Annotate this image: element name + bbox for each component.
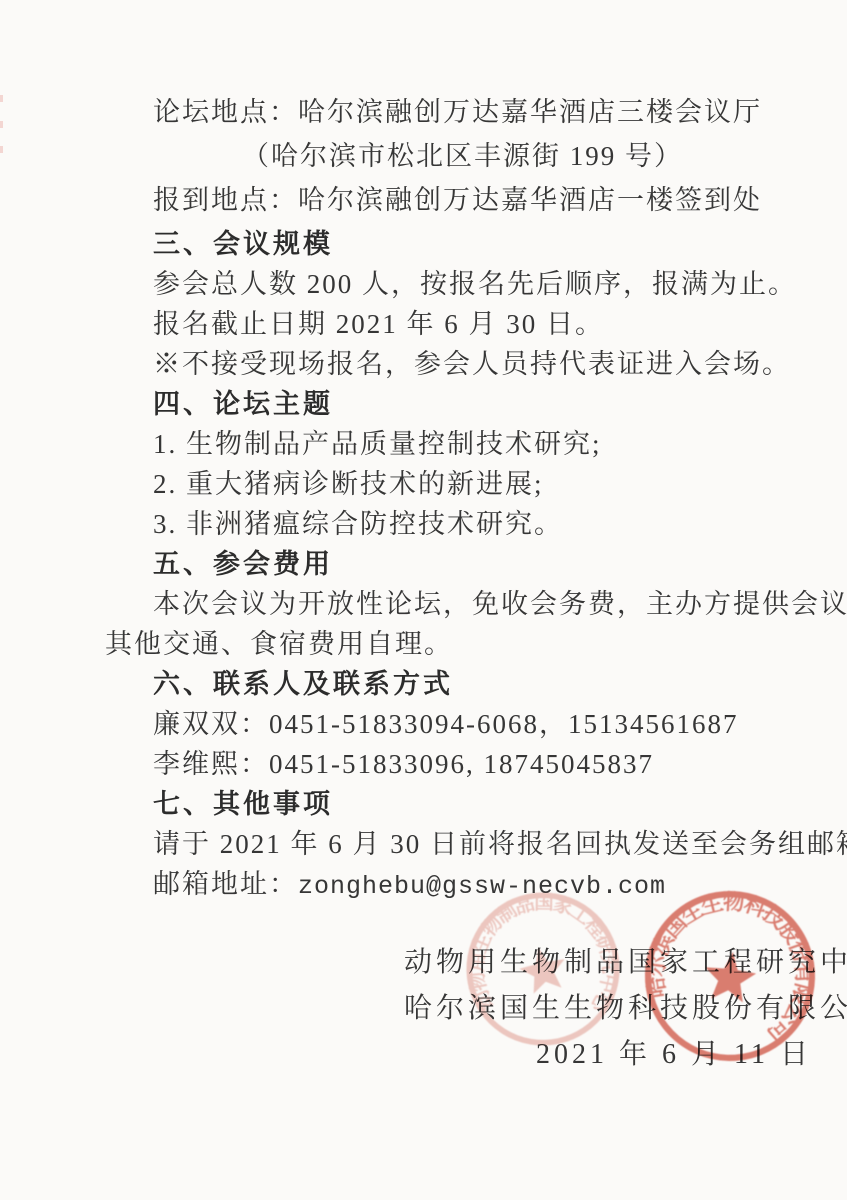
deadline-line: 报名截止日期 2021 年 6 月 30 日。 — [105, 304, 785, 344]
section-5-heading: 五、参会费用 — [105, 544, 785, 584]
fee-line-2: 其他交通、食宿费用自理。 — [105, 624, 785, 664]
topic-item-3: 3. 非洲猪瘟综合防控技术研究。 — [105, 504, 785, 544]
section-6-heading: 六、联系人及联系方式 — [105, 664, 785, 704]
section-3-heading: 三、会议规模 — [105, 224, 785, 264]
email-label: 邮箱地址： — [153, 869, 298, 899]
checkin-location-line: 报到地点：哈尔滨融创万达嘉华酒店一楼签到处 — [105, 180, 785, 220]
attendee-count-line: 参会总人数 200 人，按报名先后顺序，报满为止。 — [105, 264, 785, 304]
scan-artifact — [0, 146, 3, 153]
signature-block: 动物用生物制品国家工程研究中心 哈尔滨国生生物科技股份有限公司 2021 年 6… — [404, 940, 824, 1078]
email-line: 邮箱地址：zonghebu@gssw-necvb.com — [105, 864, 785, 907]
contact-line-1: 廉双双：0451-51833094-6068，15134561687 — [105, 704, 785, 744]
forum-address-line: （哈尔滨市松北区丰源街 199 号） — [105, 136, 785, 176]
reply-instruction-line: 请于 2021 年 6 月 30 日前将报名回执发送至会务组邮箱, — [105, 824, 785, 864]
forum-location-line: 论坛地点：哈尔滨融创万达嘉华酒店三楼会议厅 — [105, 92, 785, 132]
section-4-heading: 四、论坛主题 — [105, 384, 785, 424]
scan-artifact — [0, 95, 3, 102]
scan-artifact — [0, 121, 3, 128]
topic-item-2: 2. 重大猪病诊断技术的新进展; — [105, 464, 785, 504]
registration-note-line: ※不接受现场报名，参会人员持代表证进入会场。 — [105, 344, 785, 384]
section-7-heading: 七、其他事项 — [105, 784, 785, 824]
signature-date: 2021 年 6 月 11 日 — [404, 1032, 824, 1078]
topic-item-1: 1. 生物制品产品质量控制技术研究; — [105, 424, 785, 464]
email-address: zonghebu@gssw-necvb.com — [298, 872, 666, 901]
contact-line-2: 李维熙：0451-51833096, 18745045837 — [105, 744, 785, 784]
document-body: 论坛地点：哈尔滨融创万达嘉华酒店三楼会议厅 （哈尔滨市松北区丰源街 199 号）… — [105, 92, 785, 907]
signer-org-1: 动物用生物制品国家工程研究中心 — [404, 940, 824, 986]
fee-line-1: 本次会议为开放性论坛，免收会务费，主办方提供会议午餐， — [105, 584, 785, 624]
signer-org-2: 哈尔滨国生生物科技股份有限公司 — [404, 986, 824, 1032]
document-page: 论坛地点：哈尔滨融创万达嘉华酒店三楼会议厅 （哈尔滨市松北区丰源街 199 号）… — [0, 0, 847, 1200]
